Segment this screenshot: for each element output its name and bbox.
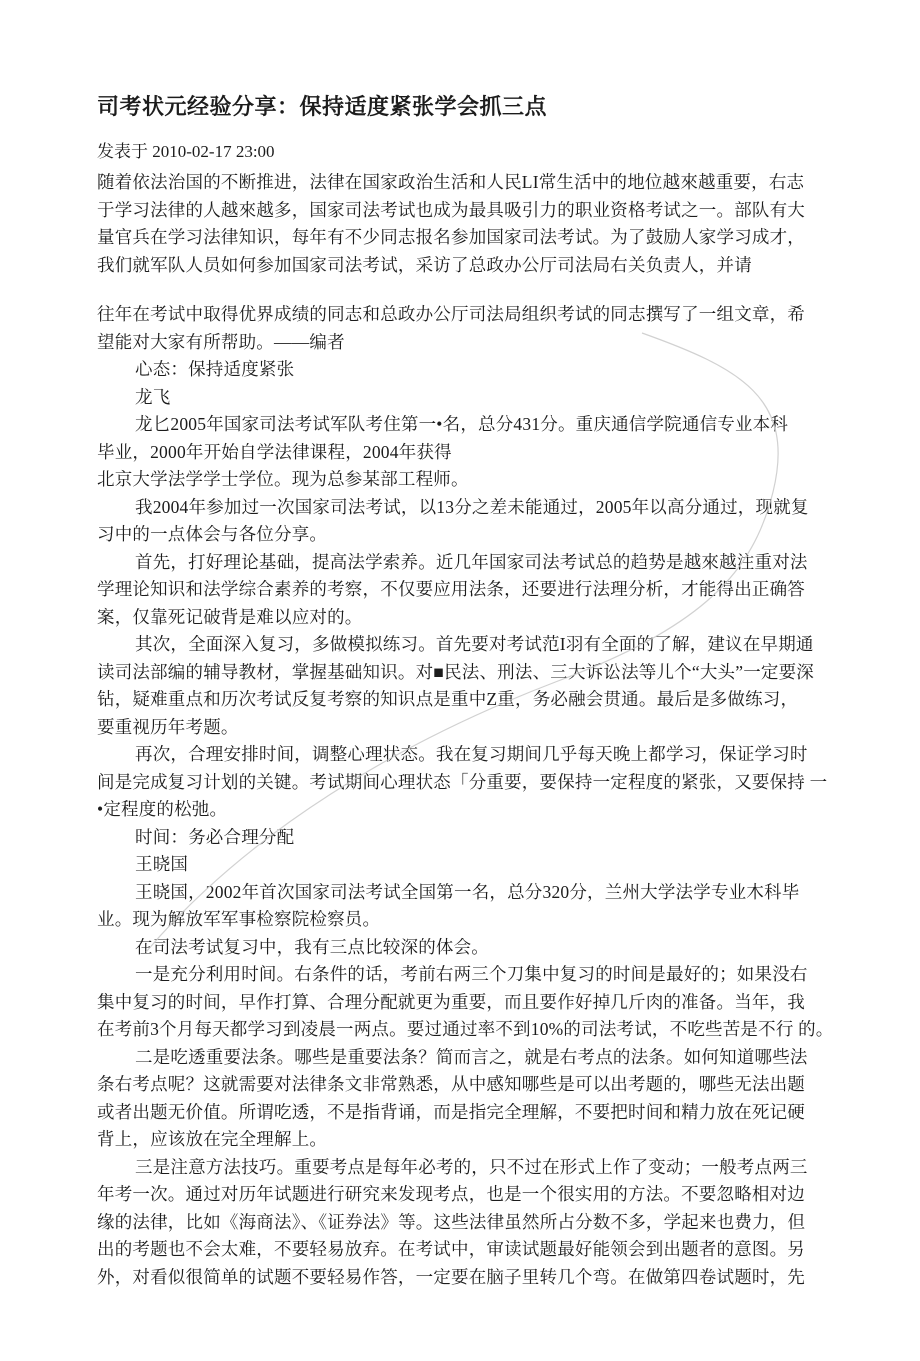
text-line: •定程度的松弛。 [97, 796, 878, 824]
text-line: 再次，合理安排时间，调整心理状态。我在复习期间几乎每天晚上都学习，保证学习时 [97, 741, 878, 769]
page-title: 司考状元经验分享：保持适度紧张学会抓三点 [97, 94, 878, 120]
text-line: 外，对看似很简单的试题不要轻易作答，一定要在脑子里转几个弯。在做第四卷试题时，先 [97, 1264, 878, 1292]
blank-line [97, 279, 878, 301]
text-line: 间是完成复习计划的关键。考试期间心理状态「分重要，要保持一定程度的紧张，又要保持… [97, 769, 878, 797]
text-line: 心态：保持适度紧张 [97, 356, 878, 384]
text-line: 北京大学法学学士学位。现为总参某部工程师。 [97, 466, 878, 494]
text-line: 毕业，2000年开始自学法律课程，2004年获得 [97, 439, 878, 467]
text-line: 时间：务必合理分配 [97, 824, 878, 852]
text-line: 二是吃透重要法条。哪些是重要法条？简而言之，就是右考点的法条。如何知道哪些法 [97, 1044, 878, 1072]
text-line: 案，仅靠死记破背是难以应对的。 [97, 604, 878, 632]
text-line: 集中复习的时间，早作打算、合理分配就更为重要，而且要作好掉几斤肉的准备。当年，我 [97, 989, 878, 1017]
text-line: 在司法考试复习中，我有三点比较深的体会。 [97, 934, 878, 962]
article-body: 随着依法治国的不断推进，法律在国家政治生活和人民LI常生活中的地位越來越重要，右… [97, 169, 878, 1291]
text-line: 首先，打好理论基础，提高法学索养。近几年国家司法考试总的趋势是越來越注重对法 [97, 549, 878, 577]
text-line: 王晓国 [97, 851, 878, 879]
text-line: 龙飞 [97, 384, 878, 412]
text-line: 王晓国，2002年首次国家司法考试全国第一名，总分320分，兰州大学法学专业木科… [97, 879, 878, 907]
text-line: 缘的法律，比如《海商法》、《证券法》等。这些法律虽然所占分数不多，学起来也费力，… [97, 1209, 878, 1237]
text-line: 其次，全面深入复习，多做模拟练习。首先要对考试范I羽有全面的了解，建议在早期通 [97, 631, 878, 659]
text-line: 或者出题无价值。所谓吃透，不是指背诵，而是指完全理解，不要把时间和精力放在死记硬 [97, 1099, 878, 1127]
text-line: 于学习法律的人越來越多，国家司法考试也成为最具吸引力的职业资格考试之一。部队有大 [97, 197, 878, 225]
text-line: 背上，应该放在完全理解上。 [97, 1126, 878, 1154]
text-line: 习中的一点体会与各位分享。 [97, 521, 878, 549]
text-line: 读司法部编的辅导教材，掌握基础知识。对■民法、刑法、三大诉讼法等儿个“大头”一定… [97, 659, 878, 687]
text-line: 学理论知识和法学综合素养的考察，不仅要应用法条，还要进行法理分析，才能得出正确答 [97, 576, 878, 604]
publish-date: 发表于 2010-02-17 23:00 [97, 142, 878, 162]
text-line: 条右考点呢？这就需要对法律条文非常熟悉，从中感知哪些是可以出考题的，哪些无法出题 [97, 1071, 878, 1099]
text-line: 年考一次。通过对历年试题进行研究来发现考点，也是一个很实用的方法。不要忽略相对边 [97, 1181, 878, 1209]
text-line: 业。现为解放军军事检察院检察员。 [97, 906, 878, 934]
text-line: 钻，疑难重点和历次考试反复考察的知识点是重中Z重，务必融会贯通。最后是多做练习， [97, 686, 878, 714]
text-line: 在考前3个月每天都学习到凌晨一两点。要过通过率不到10%的司法考试，不吃些苦是不… [97, 1016, 878, 1044]
text-line: 望能对大家有所帮助。——编者 [97, 329, 878, 357]
document-page: 司考状元经验分享：保持适度紧张学会抓三点 发表于 2010-02-17 23:0… [0, 0, 920, 1361]
text-line: 要重视历年考题。 [97, 714, 878, 742]
text-line: 随着依法治国的不断推进，法律在国家政治生活和人民LI常生活中的地位越來越重要，右… [97, 169, 878, 197]
text-line: 三是注意方法技巧。重要考点是每年必考的，只不过在形式上作了变动；一般考点两三 [97, 1154, 878, 1182]
text-line: 我2004年参加过一次国家司法考试，以13分之差未能通过，2005年以高分通过，… [97, 494, 878, 522]
text-line: 龙匕2005年国家司法考试军队考住第一•名，总分431分。重庆通信学院通信专业本… [97, 411, 878, 439]
text-line: 我们就军队人员如何参加国家司法考试，采访了总政办公厅司法局右关负责人，并请 [97, 252, 878, 280]
text-line: 量官兵在学习法律知识，每年有不少同志报名参加国家司法考试。为了鼓励人家学习成才， [97, 224, 878, 252]
text-line: 一是充分利用时间。右条件的话，考前右两三个刀集中复习的时间是最好的；如果没右 [97, 961, 878, 989]
text-line: 往年在考试中取得优界成绩的同志和总政办公厅司法局组织考试的同志撰写了一组文章，希 [97, 301, 878, 329]
text-line: 出的考题也不会太难，不要轻易放弃。在考试中，审读试题最好能领会到出题者的意图。另 [97, 1236, 878, 1264]
